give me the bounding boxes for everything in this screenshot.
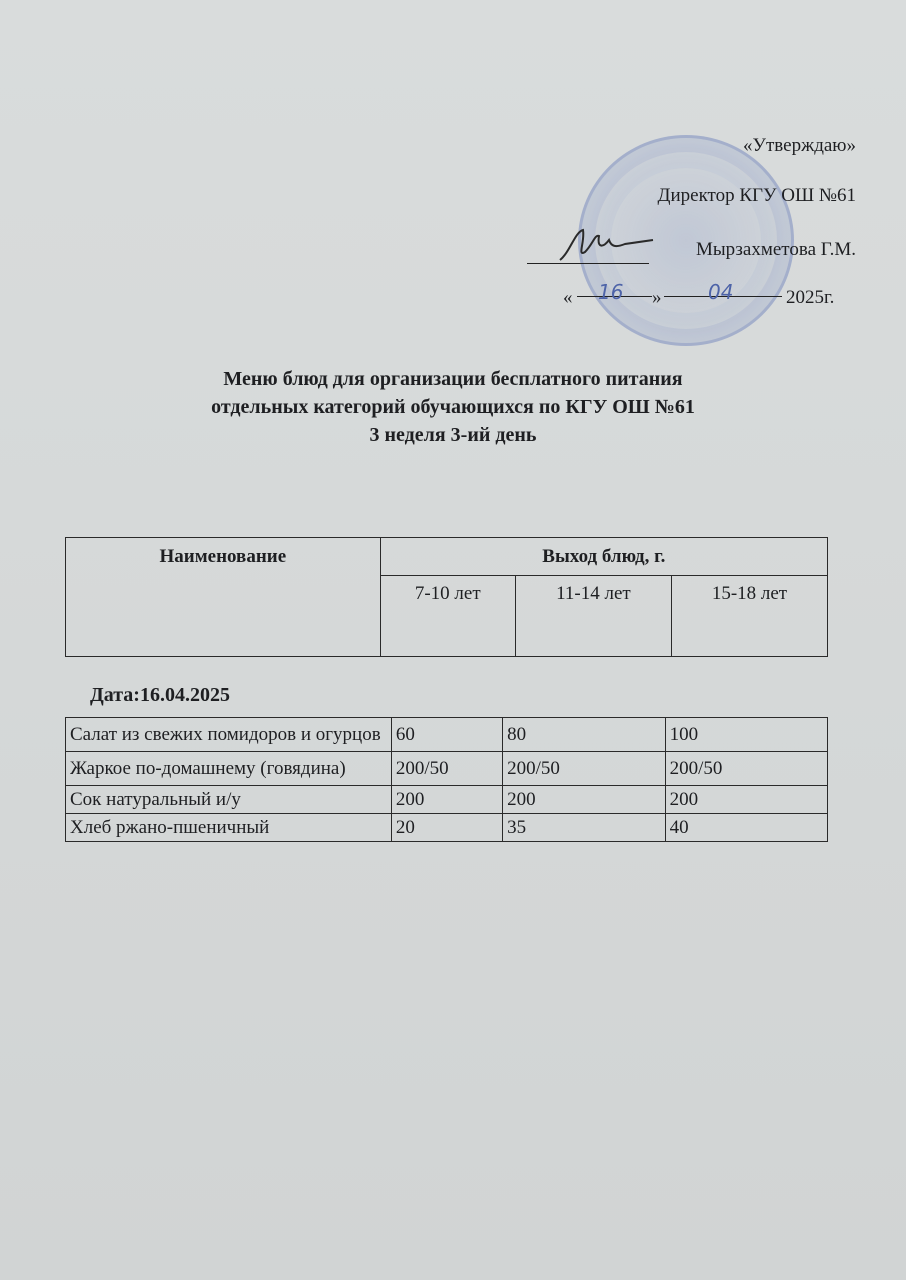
age-group-3: 15-18 лет: [671, 576, 827, 657]
dish-name: Жаркое по-домашнему (говядина): [66, 752, 392, 786]
handwritten-month: 04: [708, 280, 733, 304]
portion-15-18: 100: [665, 718, 827, 752]
portion-11-14: 35: [503, 814, 665, 842]
director-position: Директор КГУ ОШ №61: [658, 186, 856, 205]
signature-icon: [555, 222, 655, 267]
portion-11-14: 80: [503, 718, 665, 752]
approve-label: «Утверждаю»: [743, 136, 856, 155]
portion-15-18: 200/50: [665, 752, 827, 786]
director-name: Мырзахметова Г.М.: [696, 240, 856, 259]
dish-name: Сок натуральный и/у: [66, 786, 392, 814]
table-row: Салат из свежих помидоров и огурцов 60 8…: [66, 718, 828, 752]
dish-name: Хлеб ржано-пшеничный: [66, 814, 392, 842]
portion-7-10: 60: [391, 718, 502, 752]
date-close-quote: »: [652, 287, 662, 309]
portion-15-18: 200: [665, 786, 827, 814]
date-year: 2025г.: [786, 287, 834, 309]
portion-7-10: 200/50: [391, 752, 502, 786]
portion-7-10: 20: [391, 814, 502, 842]
title-line-3: 3 неделя 3-ий день: [0, 421, 906, 449]
portion-11-14: 200: [503, 786, 665, 814]
title-line-1: Меню блюд для организации бесплатного пи…: [0, 365, 906, 393]
signature-line: [527, 263, 649, 264]
table-row: Жаркое по-домашнему (говядина) 200/50 20…: [66, 752, 828, 786]
name-column-header: Наименование: [66, 538, 381, 657]
output-column-header: Выход блюд, г.: [380, 538, 827, 576]
portion-7-10: 200: [391, 786, 502, 814]
handwritten-day: 16: [598, 280, 623, 304]
menu-date: Дата:16.04.2025: [90, 684, 230, 707]
document-title: Меню блюд для организации бесплатного пи…: [0, 365, 906, 449]
age-group-2: 11-14 лет: [515, 576, 671, 657]
portion-15-18: 40: [665, 814, 827, 842]
dish-name: Салат из свежих помидоров и огурцов: [66, 718, 392, 752]
table-row: Хлеб ржано-пшеничный 20 35 40: [66, 814, 828, 842]
title-line-2: отдельных категорий обучающихся по КГУ О…: [0, 393, 906, 421]
date-open-quote: «: [563, 287, 573, 309]
table-row: Сок натуральный и/у 200 200 200: [66, 786, 828, 814]
portion-11-14: 200/50: [503, 752, 665, 786]
age-group-1: 7-10 лет: [380, 576, 515, 657]
menu-table: Салат из свежих помидоров и огурцов 60 8…: [65, 717, 828, 842]
menu-header-table: Наименование Выход блюд, г. 7-10 лет 11-…: [65, 537, 828, 657]
